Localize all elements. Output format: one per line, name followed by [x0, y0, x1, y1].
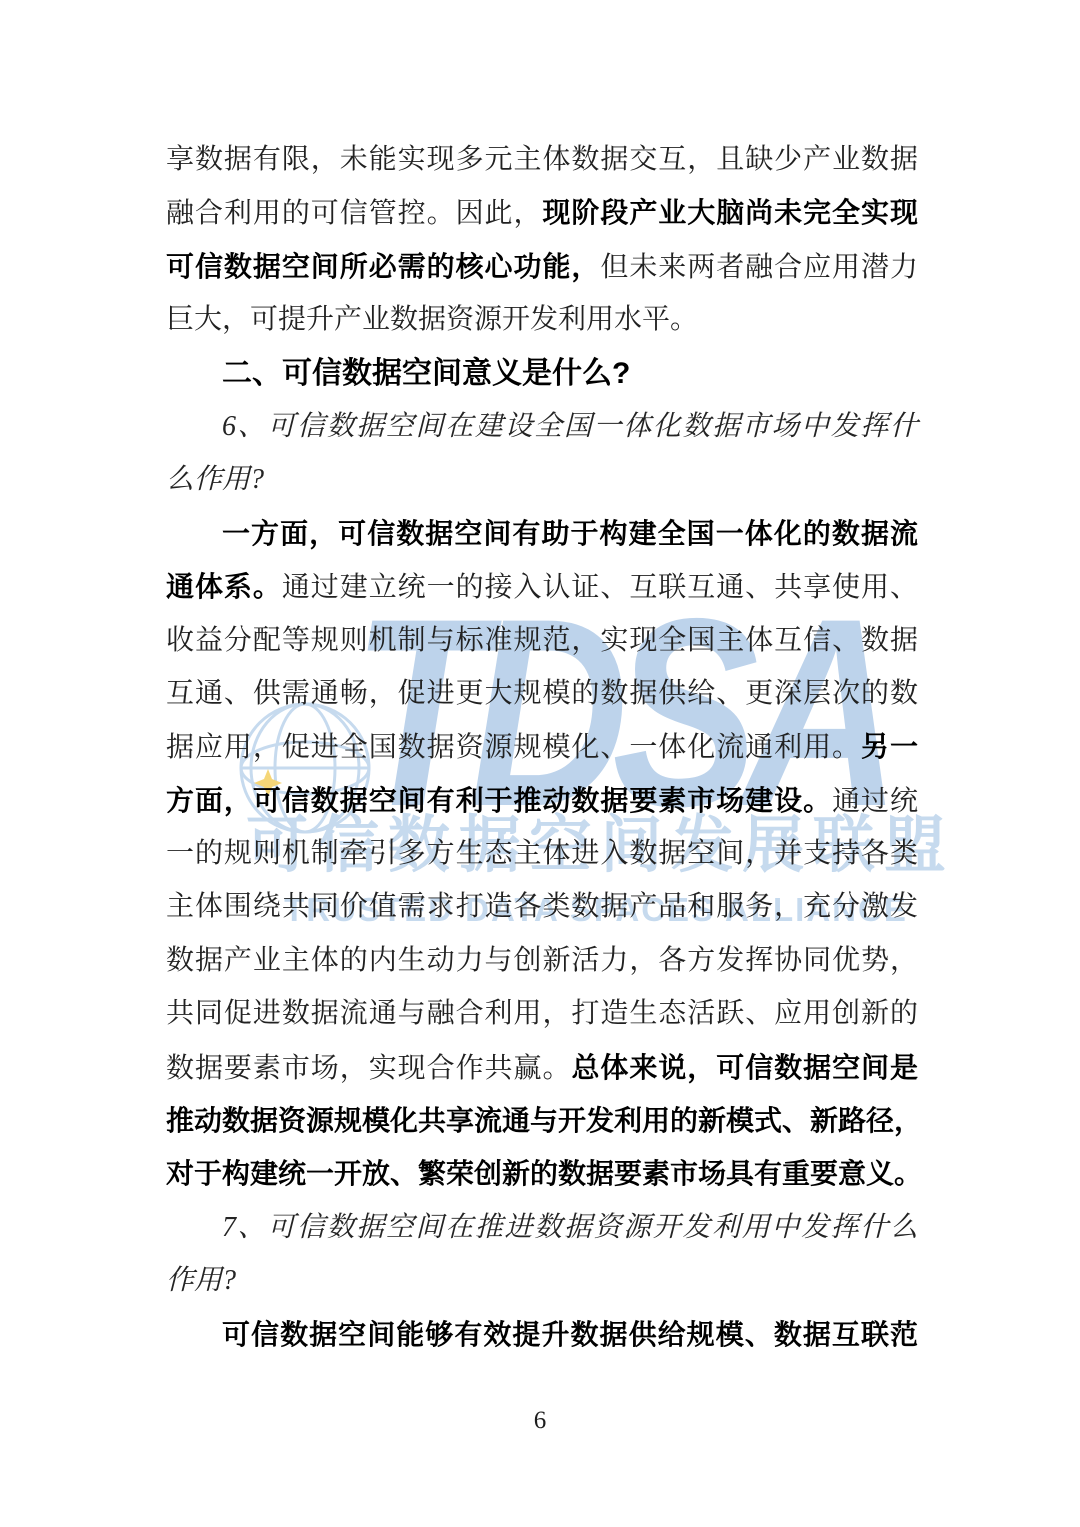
- text-line: 融合利用的可信管控。因此，现阶段产业大脑尚未完全实现: [166, 186, 918, 239]
- text-line: 互通、供需通畅，促进更大规模的数据供给、更深层次的数: [166, 667, 918, 720]
- text-line: 收益分配等规则机制与标准规范，实现全国主体互信、数据: [166, 614, 918, 667]
- section-heading: 二、可信数据空间意义是什么?: [166, 347, 918, 400]
- text-line: 数据产业主体的内生动力与创新活力，各方发挥协同优势，: [166, 934, 918, 987]
- text-line: 一方面，可信数据空间有助于构建全国一体化的数据流: [166, 507, 918, 560]
- text-line: 巨大，可提升产业数据资源开发利用水平。: [166, 293, 918, 346]
- text-line: 主体围绕共同价值需求打造各类数据产品和服务，充分激发: [166, 880, 918, 933]
- question-line: 作用?: [166, 1254, 918, 1307]
- text-line: 数据要素市场，实现合作共赢。总体来说，可信数据空间是: [166, 1041, 918, 1094]
- text-line: 据应用，促进全国数据资源规模化、一体化流通利用。另一: [166, 720, 918, 773]
- question-line: 么作用?: [166, 453, 918, 506]
- text-line: 方面，可信数据空间有利于推动数据要素市场建设。通过统: [166, 774, 918, 827]
- text-line: 共同促进数据流通与融合利用，打造生态活跃、应用创新的: [166, 987, 918, 1040]
- text-line: 一的规则机制牵引多方生态主体进入数据空间，并支持各类: [166, 827, 918, 880]
- text-line: 可信数据空间能够有效提升数据供给规模、数据互联范: [166, 1308, 918, 1361]
- text-line: 可信数据空间所必需的核心功能，但未来两者融合应用潜力: [166, 240, 918, 293]
- question-line: 7、可信数据空间在推进数据资源开发利用中发挥什么: [166, 1201, 918, 1254]
- page-number: 6: [0, 1407, 1080, 1435]
- text-line: 对于构建统一开放、繁荣创新的数据要素市场具有重要意义。: [166, 1147, 918, 1200]
- text-block: 享数据有限，未能实现多元主体数据交互，且缺少产业数据 融合利用的可信管控。因此，…: [166, 133, 918, 1361]
- text-line: 通体系。通过建立统一的接入认证、互联互通、共享使用、: [166, 560, 918, 613]
- text-line: 享数据有限，未能实现多元主体数据交互，且缺少产业数据: [166, 133, 918, 186]
- document-page: TDSA 可信数据空间发展联盟 TRUSTED DATA SPACES ALLI…: [0, 0, 1080, 1527]
- question-line: 6、可信数据空间在建设全国一体化数据市场中发挥什: [166, 400, 918, 453]
- text-line: 推动数据资源规模化共享流通与开发利用的新模式、新路径，: [166, 1094, 918, 1147]
